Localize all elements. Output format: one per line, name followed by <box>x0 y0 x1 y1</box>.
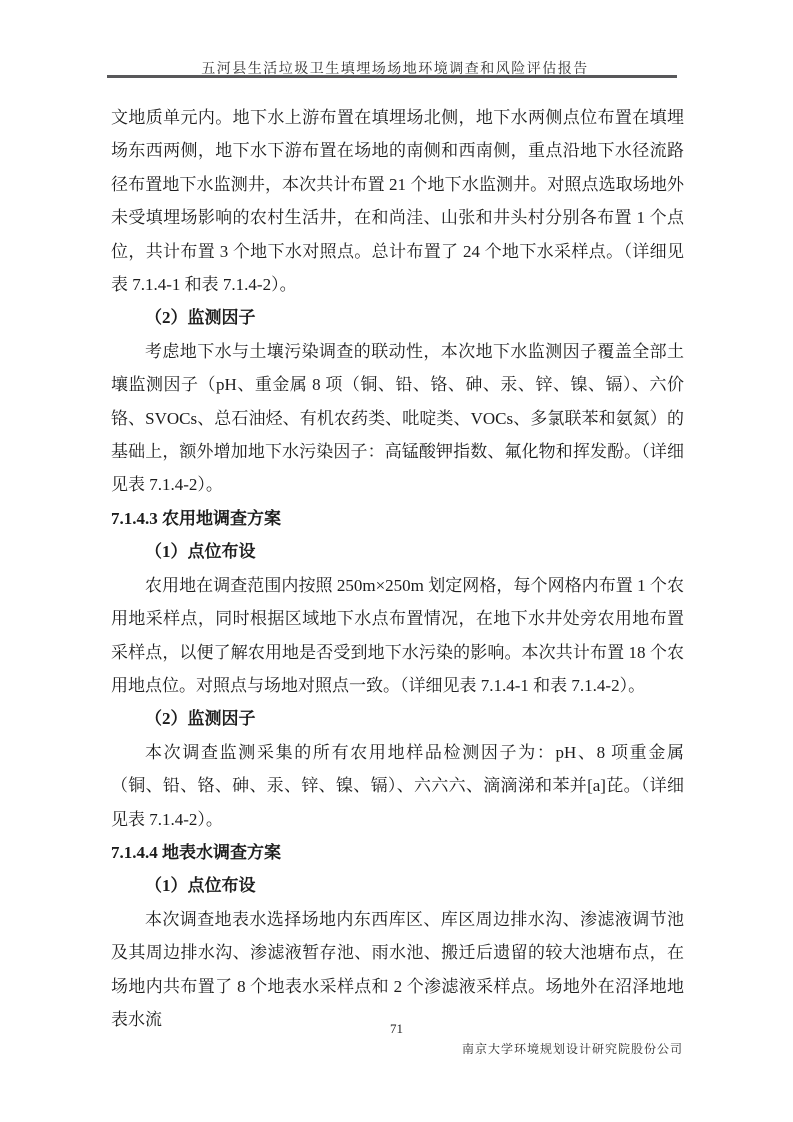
section-heading-7-1-4-3: 7.1.4.3 农用地调查方案 <box>111 502 684 535</box>
paragraph-farmland-points: 农用地在调查范围内按照 250m×250m 划定网格，每个网格内布置 1 个农用… <box>111 569 684 703</box>
footer-organization: 南京大学环境规划设计研究院股份公司 <box>110 1040 683 1057</box>
header-divider-line <box>107 75 677 78</box>
section-heading-7-1-4-4: 7.1.4.4 地表水调查方案 <box>111 836 684 869</box>
page-number: 71 <box>110 1021 683 1037</box>
subheading-point-layout-surface-water: （1）点位布设 <box>111 869 684 902</box>
subheading-monitoring-factors-groundwater: （2）监测因子 <box>111 301 684 334</box>
document-body: 文地质单元内。地下水上游布置在填埋场北侧，地下水两侧点位布置在填埋场东西两侧，地… <box>111 101 684 1036</box>
paragraph-groundwater-points: 文地质单元内。地下水上游布置在填埋场北侧，地下水两侧点位布置在填埋场东西两侧，地… <box>111 101 684 301</box>
document-page: 五河县生活垃圾卫生填埋场场地环境调查和风险评估报告 文地质单元内。地下水上游布置… <box>0 0 793 1122</box>
paragraph-farmland-factors: 本次调查监测采集的所有农用地样品检测因子为：pH、8 项重金属（铜、铅、铬、砷、… <box>111 736 684 836</box>
subheading-monitoring-factors-farmland: （2）监测因子 <box>111 702 684 735</box>
paragraph-surface-water-points: 本次调查地表水选择场地内东西库区、库区周边排水沟、渗滤液调节池及其周边排水沟、渗… <box>111 903 684 1037</box>
subheading-point-layout-farmland: （1）点位布设 <box>111 535 684 568</box>
paragraph-groundwater-factors: 考虑地下水与土壤污染调查的联动性，本次地下水监测因子覆盖全部土壤监测因子（pH、… <box>111 335 684 502</box>
